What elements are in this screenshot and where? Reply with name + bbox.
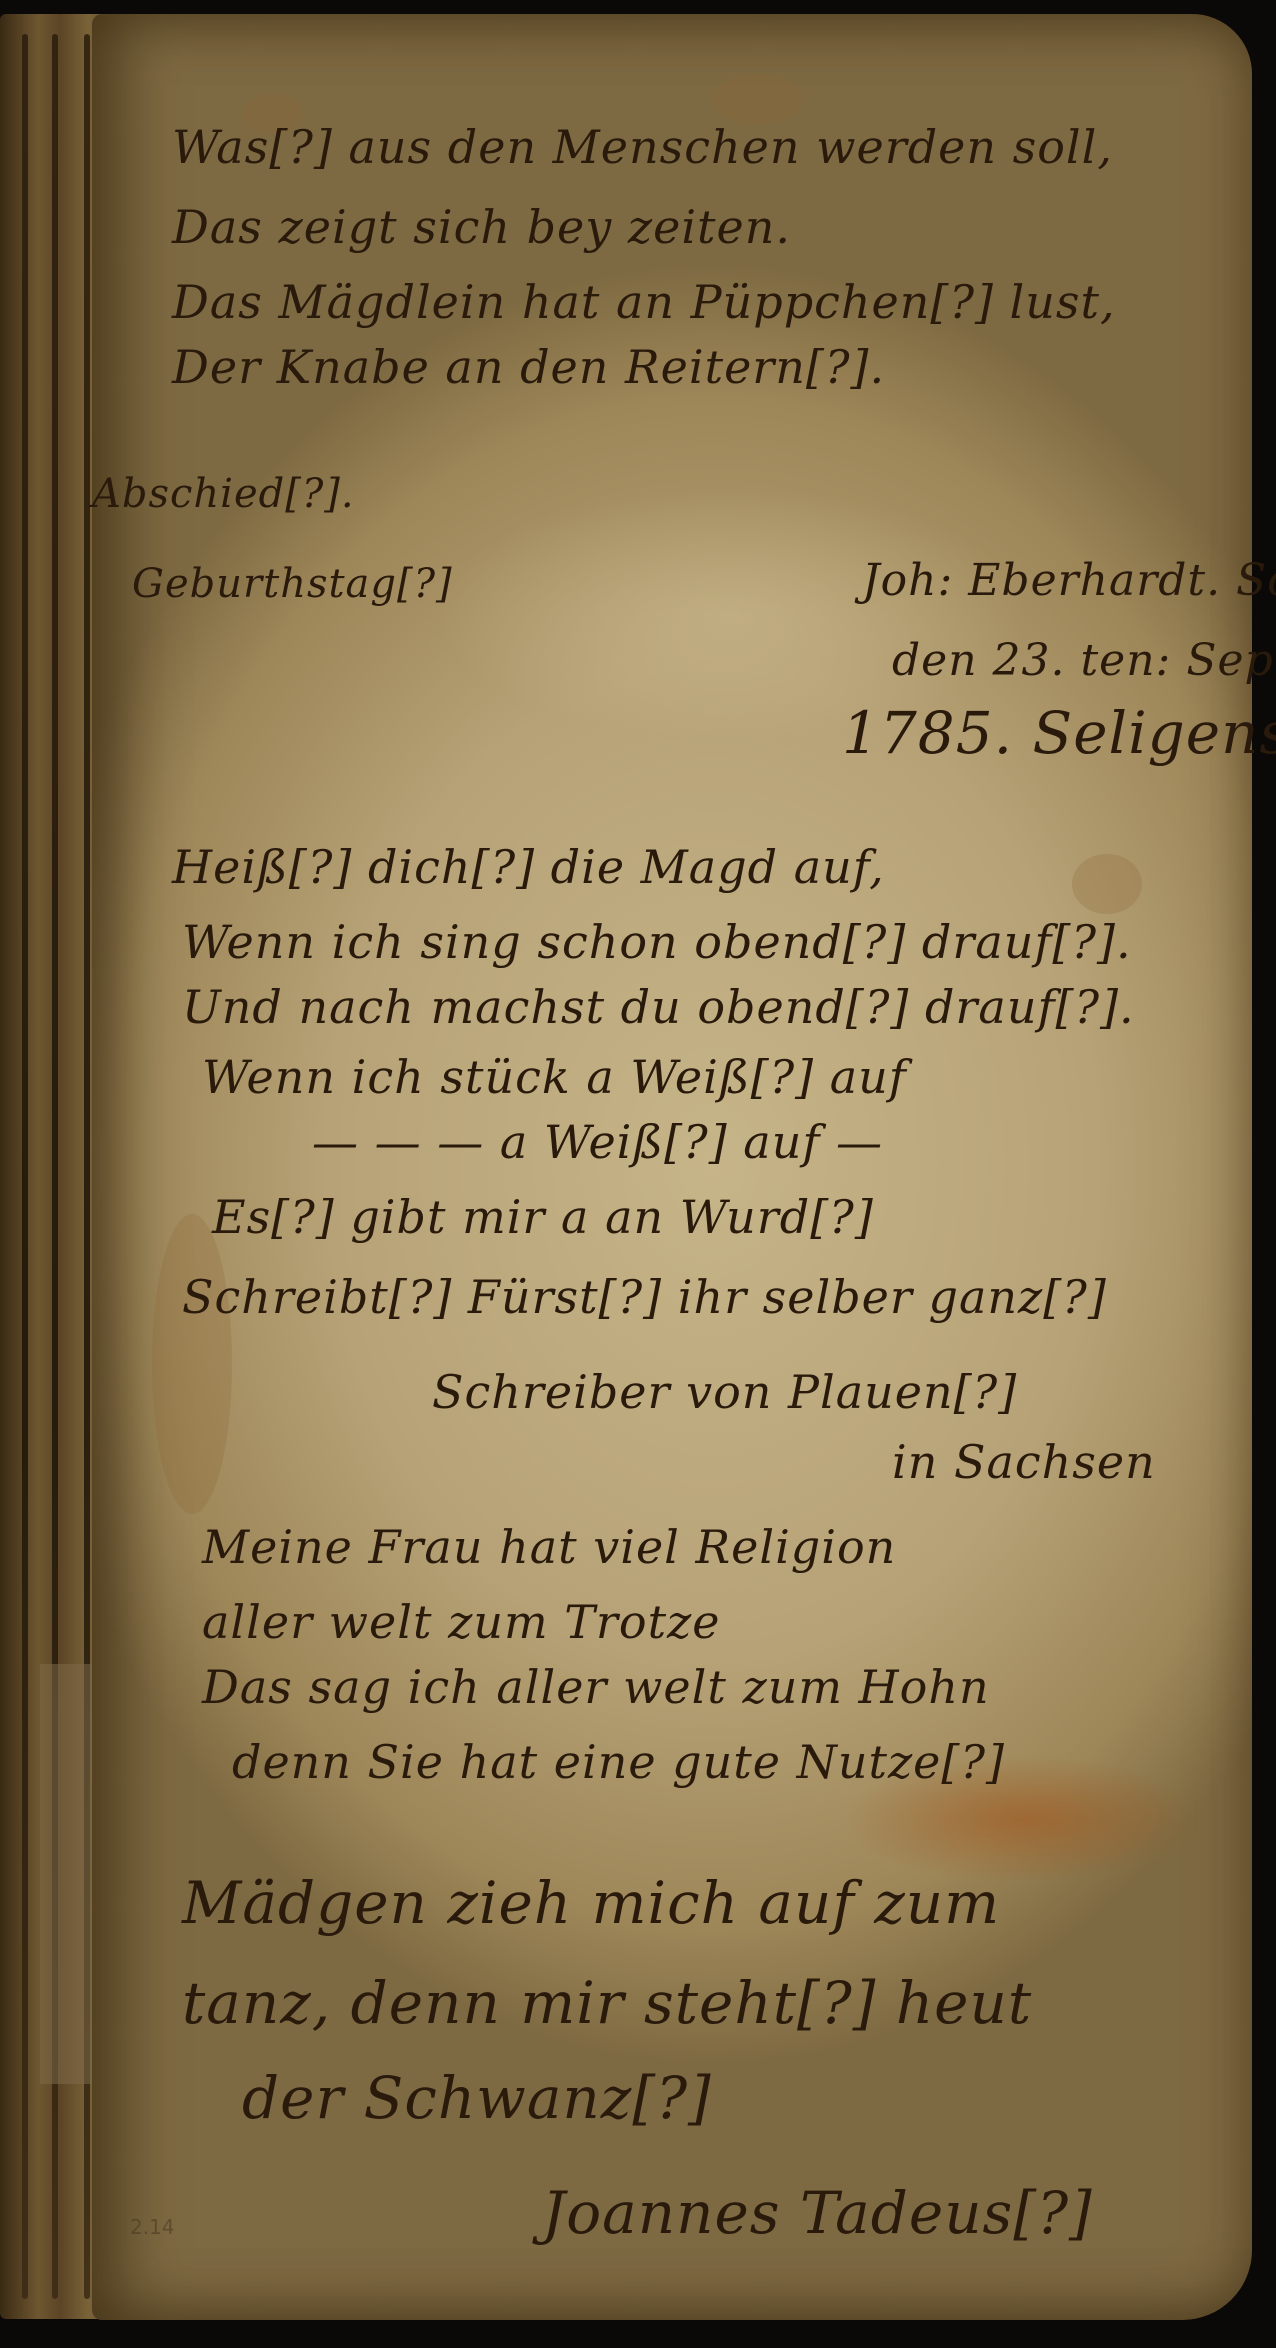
stanza-1-line: Das zeigt sich bey zeiten. xyxy=(172,204,791,250)
stanza-2-line: Wenn ich stück a Weiß[?] auf xyxy=(202,1054,907,1100)
signature-name: Joh: Eberhardt. Schmid[?] xyxy=(862,559,1276,603)
signature-year-place: 1785. Seligenstadt xyxy=(842,704,1276,762)
catalog-mark: 2.14 xyxy=(130,2215,175,2239)
stanza-3-line: Meine Frau hat viel Religion xyxy=(202,1524,896,1570)
foxing-spot xyxy=(1072,854,1142,914)
margin-note-line: Geburthstag[?] xyxy=(132,564,453,604)
stanza-3-line: Das sag ich aller welt zum Hohn xyxy=(202,1664,990,1710)
attribution-line: Schreiber von Plauen[?] xyxy=(432,1369,1017,1415)
closing-signature: Joannes Tadeus[?] xyxy=(542,2184,1093,2242)
stanza-2-line: Wenn ich sing schon obend[?] drauf[?]. xyxy=(182,919,1132,965)
stanza-4-line: tanz, denn mir steht[?] heut xyxy=(182,1974,1032,2032)
stanza-1-line: Das Mägdlein hat an Püppchen[?] lust, xyxy=(172,279,1116,325)
manuscript-page: Was[?] aus den Menschen werden soll, Das… xyxy=(92,14,1252,2320)
stanza-4-line: Mädgen zieh mich auf zum xyxy=(182,1874,1000,1932)
signature-date: den 23. ten: Sept: xyxy=(892,639,1276,683)
stanza-2-line: Und nach machst du obend[?] drauf[?]. xyxy=(182,984,1135,1030)
stanza-2-line: Schreibt[?] Fürst[?] ihr selber ganz[?] xyxy=(182,1274,1107,1320)
stanza-3-line: denn Sie hat eine gute Nutze[?] xyxy=(232,1739,1005,1785)
stanza-1-line: Was[?] aus den Menschen werden soll, xyxy=(172,124,1113,170)
page-edge-line xyxy=(22,34,28,2299)
manuscript-photo: Was[?] aus den Menschen werden soll, Das… xyxy=(0,0,1276,2348)
stanza-2-dash-line: — — — a Weiß[?] auf — xyxy=(312,1119,883,1165)
foxing-spot xyxy=(152,1214,232,1514)
stanza-2-line: Es[?] gibt mir a an Wurd[?] xyxy=(212,1194,874,1240)
stanza-2-line: Heiß[?] dich[?] die Magd auf, xyxy=(172,844,885,890)
stanza-3-line: aller welt zum Trotze xyxy=(202,1599,721,1645)
attribution-line: in Sachsen xyxy=(892,1439,1156,1485)
margin-note-line: Abschied[?]. xyxy=(92,474,355,514)
foxing-spot xyxy=(712,74,802,124)
stanza-4-line: der Schwanz[?] xyxy=(242,2069,712,2127)
stanza-1-line: Der Knabe an den Reitern[?]. xyxy=(172,344,885,390)
